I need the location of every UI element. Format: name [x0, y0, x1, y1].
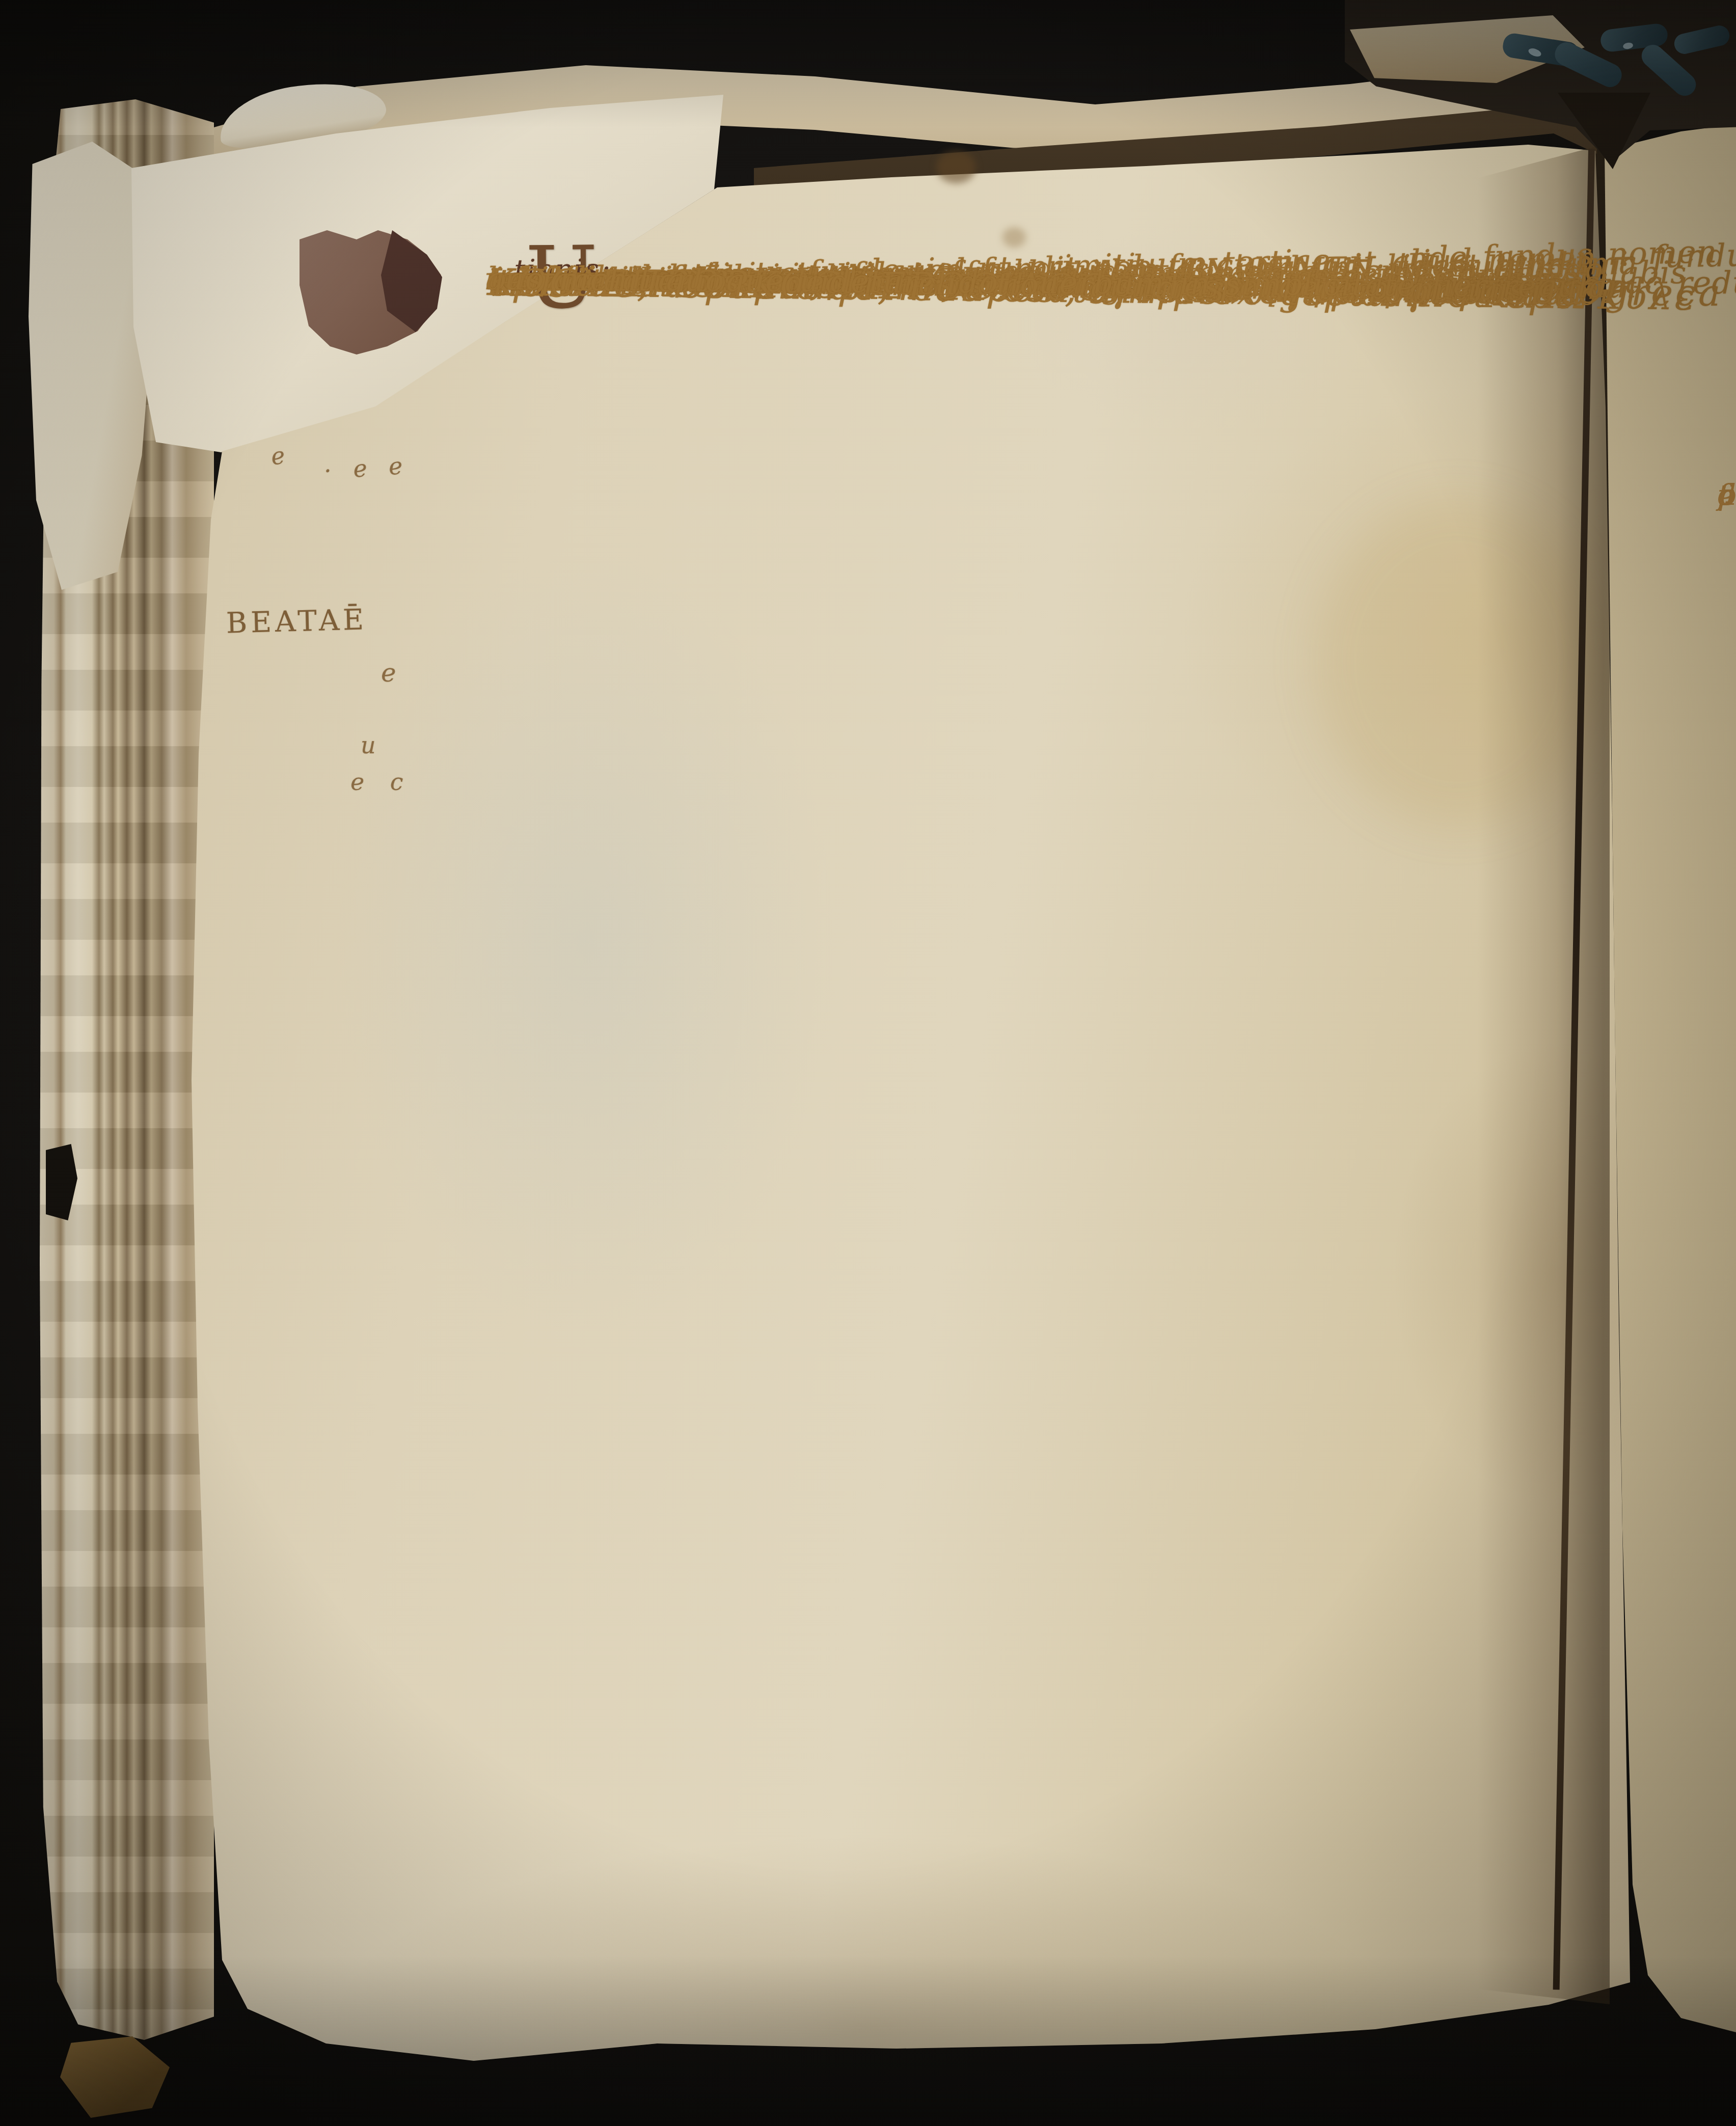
- manuscript-photo: e · e e BEATAĒ e u e c quidem attinet · …: [0, 0, 1736, 2126]
- lower-binding-corner: [60, 2036, 170, 2118]
- recto-edge-fragments: r t ſ c f ı a d o e p u n: [1718, 479, 1736, 1823]
- manuscript-line: quo nichil quoque uidetur · do · uerbum …: [484, 261, 1637, 334]
- pen-trial: u: [361, 731, 376, 759]
- text-block: quidem attinet · fundo. is. ut primitiuu…: [448, 261, 1610, 1891]
- pen-trial: e: [381, 658, 396, 688]
- ink-stain: [1002, 227, 1026, 248]
- pen-trial: e c: [350, 768, 413, 796]
- edge-letter: n: [1718, 479, 1736, 512]
- margin-note: BEATAĒ: [226, 603, 368, 640]
- ink-stain: [936, 151, 976, 183]
